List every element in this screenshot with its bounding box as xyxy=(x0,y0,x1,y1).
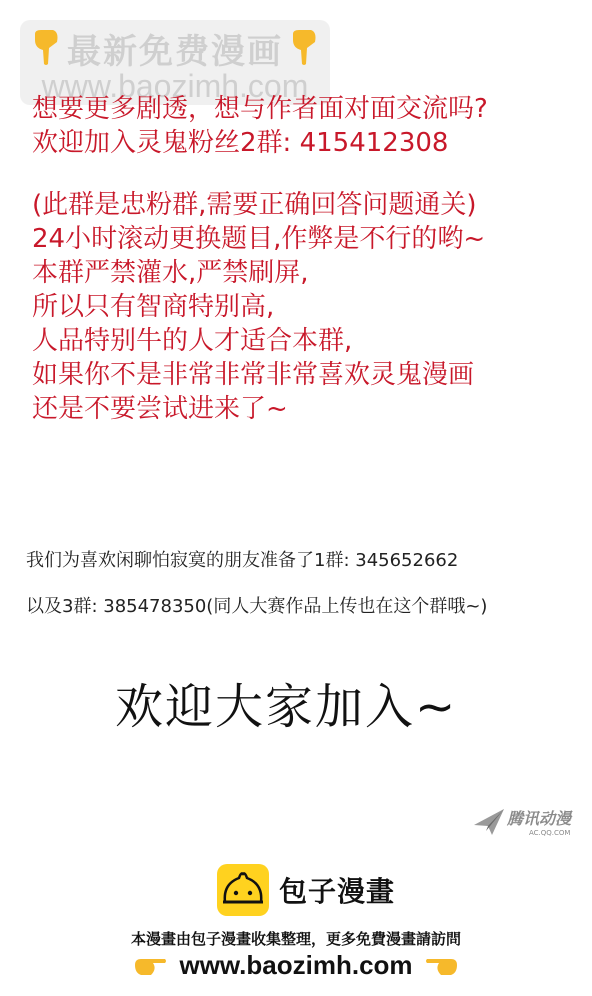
announcement-line: 24小时滚动更换题目,作弊是不行的哟~ xyxy=(32,222,488,256)
hand-pointing-down-icon xyxy=(31,30,61,66)
announcement-line: 想要更多剧透，想与作者面对面交流吗? xyxy=(32,92,488,126)
hand-pointing-left-icon xyxy=(425,955,459,977)
footer-note: 本漫畫由包子漫畫收集整理，更多免費漫畫請訪問 xyxy=(0,928,592,949)
announcement-line: 如果你不是非常非常非常喜欢灵鬼漫画 xyxy=(32,358,488,392)
tencent-url: AC.QQ.COM xyxy=(529,829,571,837)
announcement-line: 本群严禁灌水,严禁刷屏, xyxy=(32,256,488,290)
hand-pointing-down-icon xyxy=(289,30,319,66)
group-line-3: 以及3群: 385478350(同人大赛作品上传也在这个群哦~) xyxy=(26,584,487,630)
footer-url[interactable]: www.baozimh.com xyxy=(179,950,412,981)
baozi-name: 包子漫畫 xyxy=(279,870,395,910)
announcement-line: 人品特别牛的人才适合本群, xyxy=(32,324,488,358)
hand-pointing-right-icon xyxy=(133,955,167,977)
announcement-spacer xyxy=(32,160,488,188)
group-info: 我们为喜欢闲聊怕寂寞的朋友准备了1群: 345652662 以及3群: 3854… xyxy=(26,538,487,630)
baozi-logo: 包子漫畫 xyxy=(217,864,395,916)
announcement-line: 欢迎加入灵鬼粉丝2群: 415412308 xyxy=(32,126,488,160)
announcement-line: 还是不要尝试进来了~ xyxy=(32,392,488,426)
tencent-name: 腾讯动漫 xyxy=(507,809,571,828)
announcement-line: (此群是忠粉群,需要正确回答问题通关) xyxy=(32,188,488,222)
announcement-text: 想要更多剧透，想与作者面对面交流吗? 欢迎加入灵鬼粉丝2群: 415412308… xyxy=(32,92,488,426)
announcement-line: 所以只有智商特别高, xyxy=(32,290,488,324)
watermark-title: 最新免费漫画 xyxy=(67,24,283,73)
paper-plane-icon xyxy=(474,809,504,835)
baozi-bun-icon xyxy=(217,864,269,916)
footer-url-row: www.baozimh.com xyxy=(0,950,592,981)
welcome-heading: 欢迎大家加入~ xyxy=(115,668,457,737)
tencent-comics-logo: 腾讯动漫 AC.QQ.COM xyxy=(474,806,571,837)
group-line-1: 我们为喜欢闲聊怕寂寞的朋友准备了1群: 345652662 xyxy=(26,538,487,584)
watermark-title-row: 最新免费漫画 xyxy=(20,28,330,68)
